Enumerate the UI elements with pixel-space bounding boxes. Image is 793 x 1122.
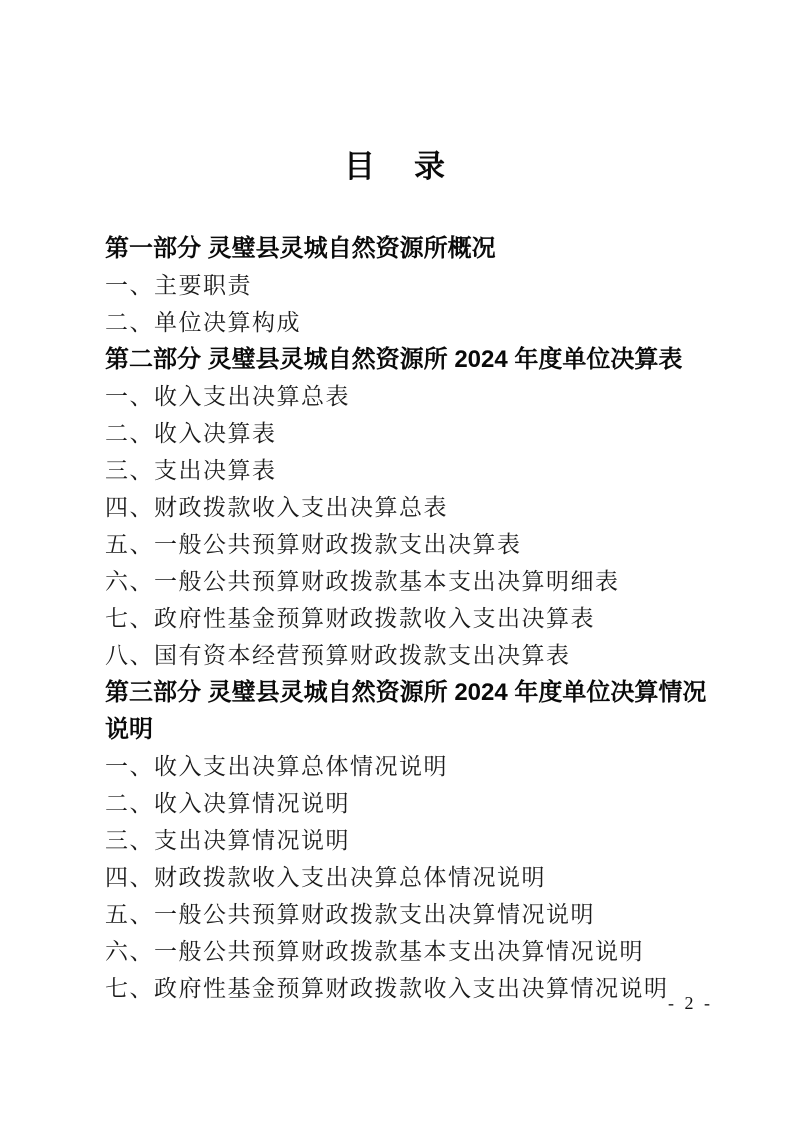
- page-number: - 2 -: [668, 993, 713, 1014]
- toc-section-heading-3: 第三部分 灵璧县灵城自然资源所 2024 年度单位决算情况说明: [105, 674, 717, 748]
- toc-item: 八、国有资本经营预算财政拨款支出决算表: [105, 637, 717, 674]
- toc-item: 一、主要职责: [105, 267, 717, 304]
- toc-item: 四、财政拨款收入支出决算总表: [105, 489, 717, 526]
- toc-item: 一、收入支出决算总体情况说明: [105, 748, 717, 785]
- toc-section-heading-1: 第一部分 灵璧县灵城自然资源所概况: [105, 230, 717, 267]
- toc-item: 二、收入决算情况说明: [105, 785, 717, 822]
- toc-item: 五、一般公共预算财政拨款支出决算表: [105, 526, 717, 563]
- toc-item: 六、一般公共预算财政拨款基本支出决算情况说明: [105, 933, 717, 970]
- toc-item: 五、一般公共预算财政拨款支出决算情况说明: [105, 896, 717, 933]
- toc-item: 四、财政拨款收入支出决算总体情况说明: [105, 859, 717, 896]
- toc-item: 一、收入支出决算总表: [105, 378, 717, 415]
- toc-item: 七、政府性基金预算财政拨款收入支出决算表: [105, 600, 717, 637]
- page-title: 目 录: [0, 0, 793, 186]
- toc-item: 二、单位决算构成: [105, 304, 717, 341]
- toc-section-heading-2: 第二部分 灵璧县灵城自然资源所 2024 年度单位决算表: [105, 341, 717, 378]
- toc-item: 三、支出决算情况说明: [105, 822, 717, 859]
- toc-item: 三、支出决算表: [105, 452, 717, 489]
- table-of-contents: 第一部分 灵璧县灵城自然资源所概况一、主要职责二、单位决算构成第二部分 灵璧县灵…: [105, 230, 717, 1007]
- toc-item: 七、政府性基金预算财政拨款收入支出决算情况说明: [105, 970, 717, 1007]
- toc-item: 二、收入决算表: [105, 415, 717, 452]
- toc-item: 六、一般公共预算财政拨款基本支出决算明细表: [105, 563, 717, 600]
- document-page: 目 录 第一部分 灵璧县灵城自然资源所概况一、主要职责二、单位决算构成第二部分 …: [0, 0, 793, 1122]
